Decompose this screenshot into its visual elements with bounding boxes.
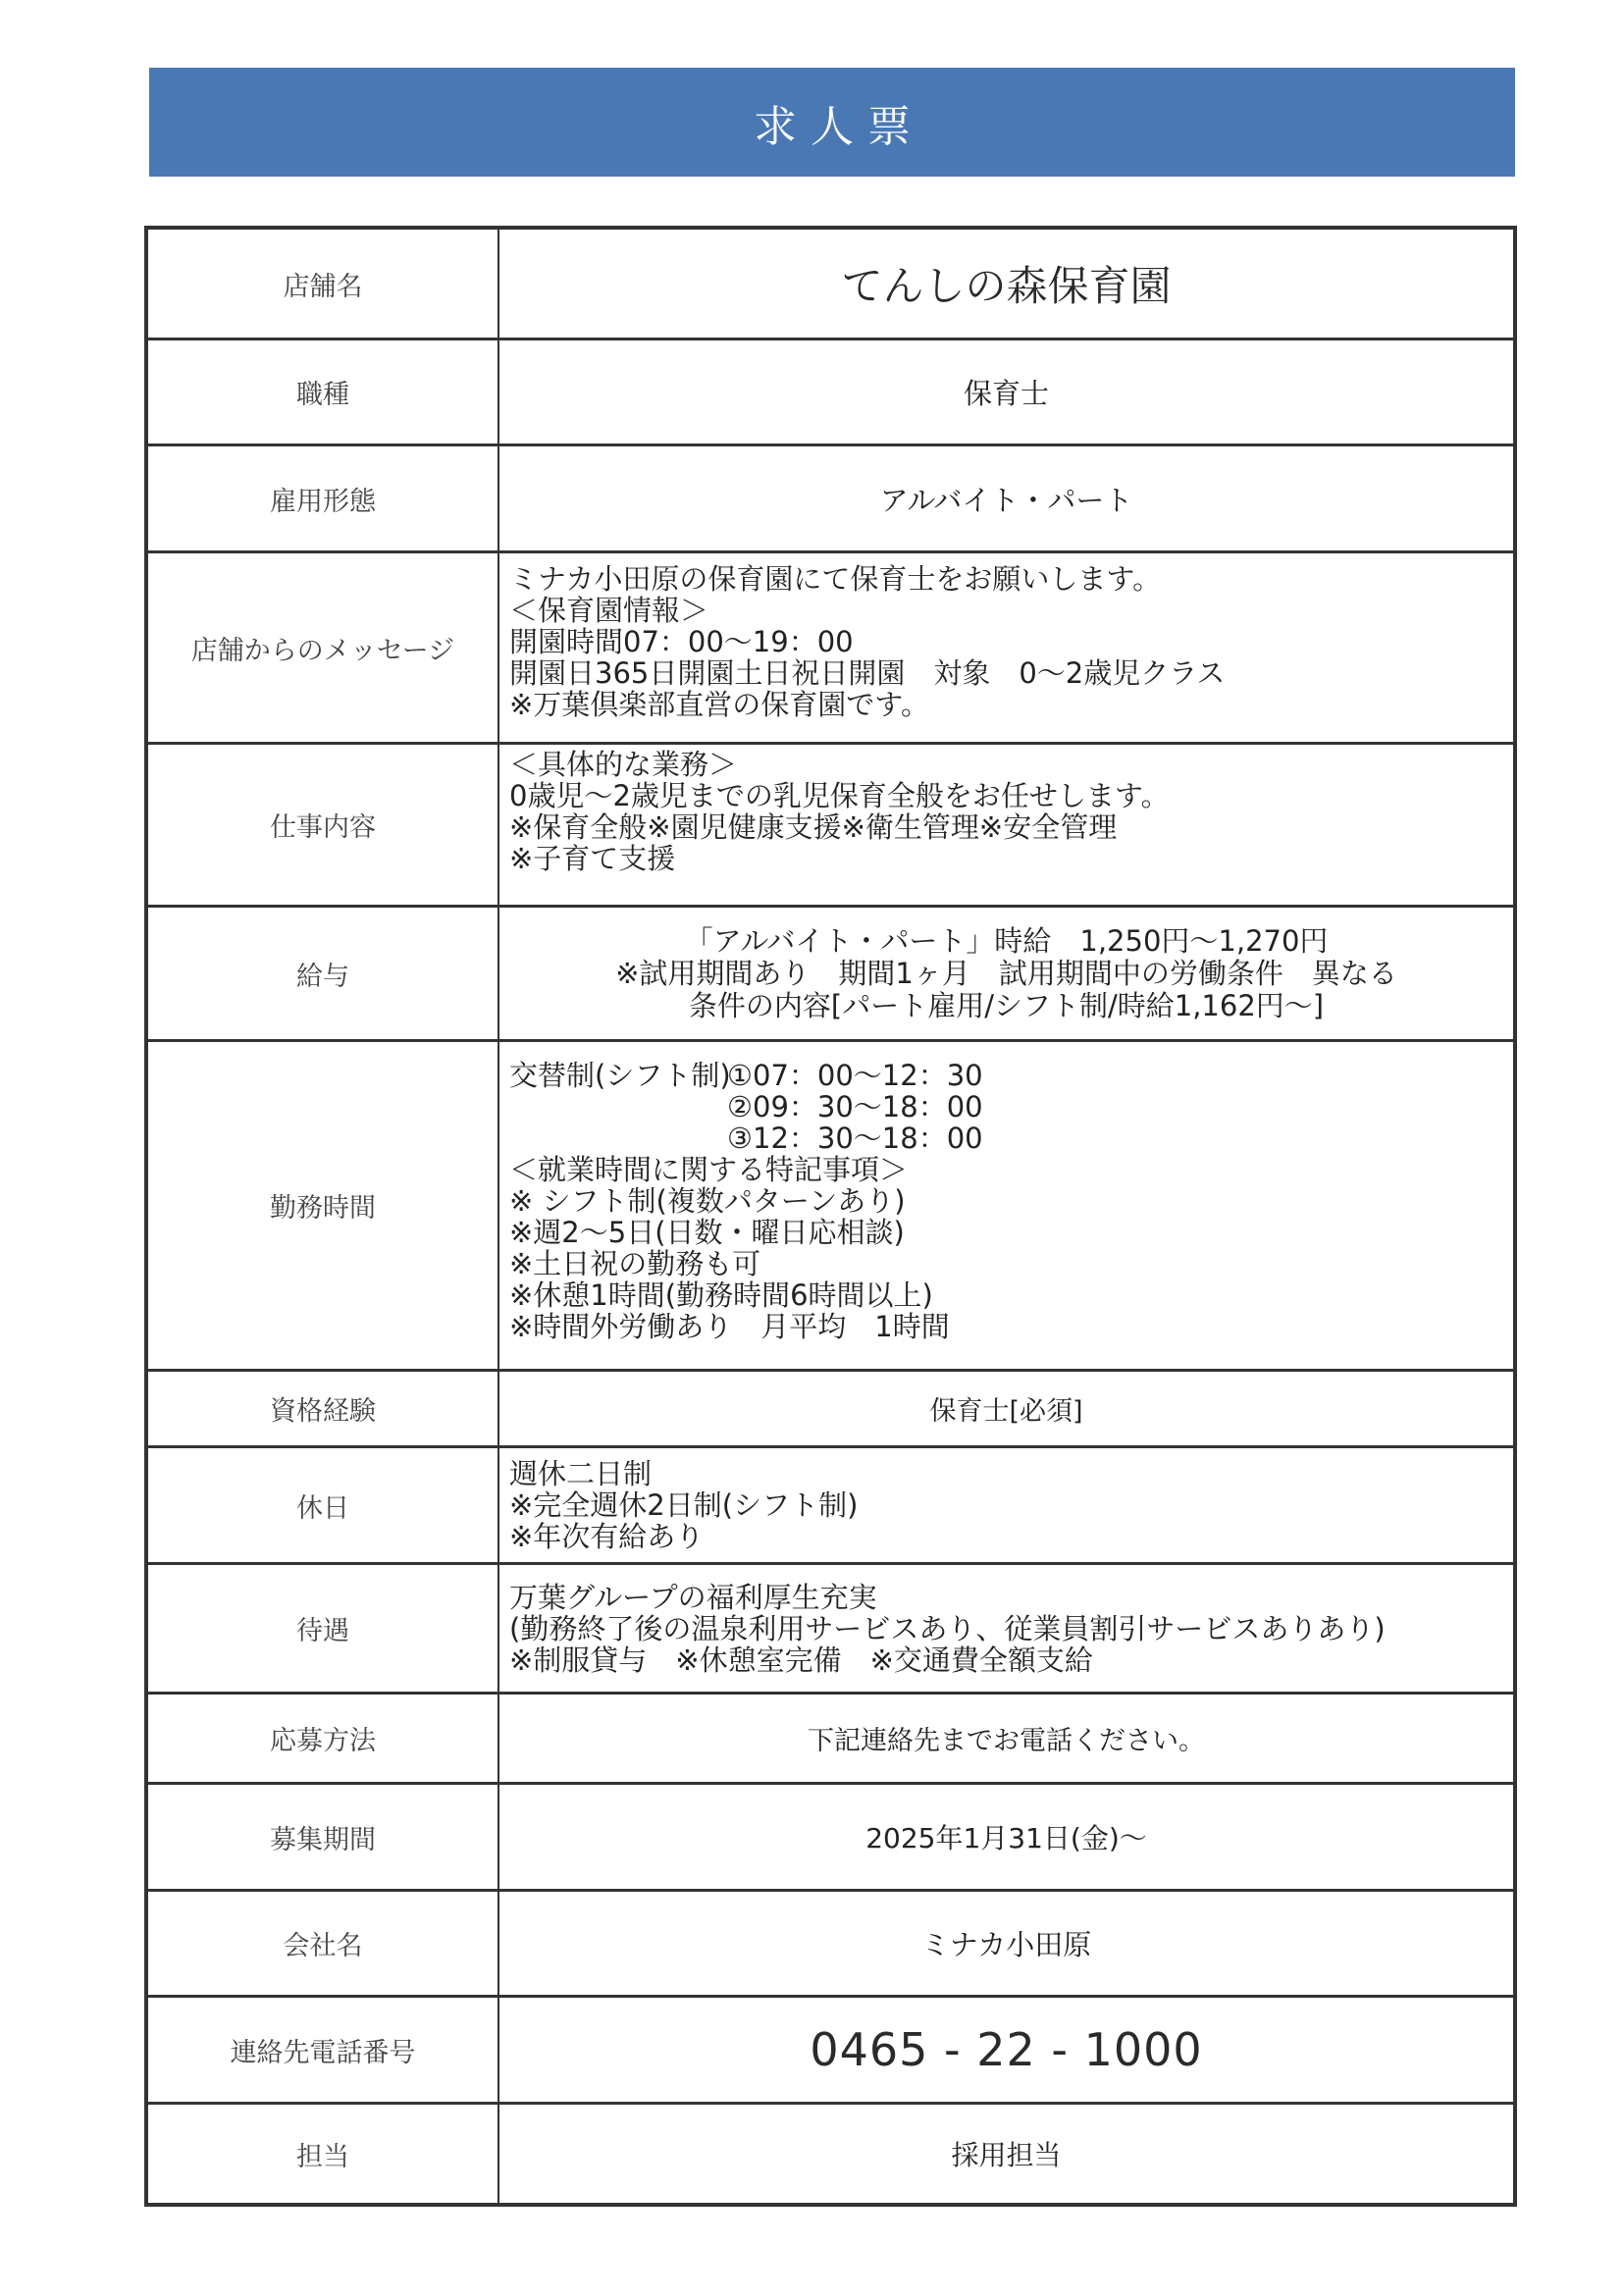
- employment-type-value: アルバイト・パート: [499, 446, 1513, 550]
- row-label: 募集期間: [148, 1785, 499, 1889]
- salary-line: ※試用期間あり 期間1ヶ月 試用期間中の労働条件 異なる: [615, 958, 1397, 990]
- work-hours-note: ※ シフト制(複数パターンあり): [509, 1185, 983, 1217]
- work-hours-note: ※休憩1時間(勤務時間6時間以上): [509, 1279, 983, 1311]
- contact-person-value: 採用担当: [499, 2105, 1513, 2203]
- work-hours-note: ※時間外労働あり 月平均 1時間: [509, 1311, 983, 1342]
- holidays-value: 週休二日制 ※完全週休2日制(シフト制) ※年次有給あり: [499, 1448, 1513, 1562]
- page-title: 求人票: [740, 91, 924, 154]
- row-value: てんしの森保育園: [499, 230, 1513, 338]
- shift-row: 交替制(シフト制) ①07：00～12：30: [509, 1060, 983, 1091]
- job-content-line: ※保育全般※園児健康支援※衛生管理※安全管理: [509, 811, 1170, 843]
- row-label: 休日: [148, 1448, 499, 1562]
- salary-line: 「アルバイト・パート」時給 1,250円～1,270円: [685, 925, 1329, 958]
- shift-row: ③12：30～18：00: [509, 1122, 983, 1154]
- row-label: 応募方法: [148, 1695, 499, 1782]
- phone-value-cell: 0465 - 22 - 1000: [499, 1998, 1513, 2102]
- job-content-line: ＜具体的な業務＞: [509, 749, 1170, 780]
- row-company-name: 会社名 ミナカ小田原: [148, 1889, 1513, 1995]
- message-line: ミナカ小田原の保育園にて保育士をお願いします。: [509, 563, 1225, 595]
- row-qualification: 資格経験 保育士[必須]: [148, 1369, 1513, 1445]
- row-job-content: 仕事内容 ＜具体的な業務＞ 0歳児～2歳児までの乳児保育全般をお任せします。 ※…: [148, 742, 1513, 905]
- row-label: 店舗名: [148, 230, 499, 338]
- shift-row: ②09：30～18：00: [509, 1091, 983, 1122]
- salary-line: 条件の内容[パート雇用/シフト制/時給1,162円～]: [689, 990, 1324, 1022]
- shift-time: ①07：00～12：30: [727, 1060, 983, 1091]
- message-line: 開園日365日開園土日祝日開園 対象 0～2歳児クラス: [509, 657, 1225, 689]
- message-line: 開園時間07：00～19：00: [509, 626, 1225, 657]
- application-method-value: 下記連絡先までお電話ください。: [499, 1695, 1513, 1782]
- work-hours-note: ※土日祝の勤務も可: [509, 1248, 983, 1279]
- row-label: 勤務時間: [148, 1042, 499, 1369]
- row-label: 会社名: [148, 1892, 499, 1995]
- row-salary: 給与 「アルバイト・パート」時給 1,250円～1,270円 ※試用期間あり 期…: [148, 905, 1513, 1039]
- work-hours-note: ＜就業時間に関する特記事項＞: [509, 1154, 983, 1185]
- store-name-value: てんしの森保育園: [841, 254, 1171, 313]
- row-recruitment-period: 募集期間 2025年1月31日(金)～: [148, 1782, 1513, 1889]
- shift-label: 交替制(シフト制): [509, 1060, 727, 1091]
- row-label: 店舗からのメッセージ: [148, 553, 499, 742]
- company-name-value: ミナカ小田原: [499, 1892, 1513, 1995]
- row-benefits: 待遇 万葉グループの福利厚生充実 (勤務終了後の温泉利用サービスあり、従業員割引…: [148, 1562, 1513, 1692]
- row-label: 待遇: [148, 1565, 499, 1692]
- job-content-line: 0歳児～2歳児までの乳児保育全般をお任せします。: [509, 780, 1170, 811]
- qualification-value: 保育士[必須]: [499, 1372, 1513, 1445]
- message-line: ＜保育園情報＞: [509, 595, 1225, 626]
- recruitment-period-value: 2025年1月31日(金)～: [499, 1785, 1513, 1889]
- work-hours-note: ※週2～5日(日数・曜日応相談): [509, 1217, 983, 1248]
- salary-value: 「アルバイト・パート」時給 1,250円～1,270円 ※試用期間あり 期間1ヶ…: [499, 908, 1513, 1039]
- message-line: ※万葉倶楽部直営の保育園です。: [509, 689, 1225, 720]
- title-banner: 求人票: [149, 68, 1515, 177]
- benefits-value: 万葉グループの福利厚生充実 (勤務終了後の温泉利用サービスあり、従業員割引サービ…: [499, 1565, 1513, 1692]
- benefits-line: ※制服貸与 ※休憩室完備 ※交通費全額支給: [509, 1644, 1386, 1676]
- row-label: 担当: [148, 2105, 499, 2203]
- row-holidays: 休日 週休二日制 ※完全週休2日制(シフト制) ※年次有給あり: [148, 1445, 1513, 1562]
- row-job-type: 職種 保育士: [148, 338, 1513, 444]
- job-type-value: 保育士: [499, 340, 1513, 444]
- row-label: 連絡先電話番号: [148, 1998, 499, 2102]
- message-value: ミナカ小田原の保育園にて保育士をお願いします。 ＜保育園情報＞ 開園時間07：0…: [499, 553, 1513, 742]
- job-posting-table: 店舗名 てんしの森保育園 職種 保育士 雇用形態 アルバイト・パート 店舗からの…: [144, 226, 1517, 2207]
- holidays-line: ※完全週休2日制(シフト制): [509, 1489, 858, 1521]
- job-content-line: ※子育て支援: [509, 843, 1170, 874]
- row-contact-person: 担当 採用担当: [148, 2102, 1513, 2203]
- shift-time: ③12：30～18：00: [727, 1122, 983, 1154]
- row-label: 雇用形態: [148, 446, 499, 550]
- row-employment-type: 雇用形態 アルバイト・パート: [148, 444, 1513, 550]
- row-application-method: 応募方法 下記連絡先までお電話ください。: [148, 1692, 1513, 1782]
- row-phone: 連絡先電話番号 0465 - 22 - 1000: [148, 1995, 1513, 2102]
- row-label: 給与: [148, 908, 499, 1039]
- shift-time: ②09：30～18：00: [727, 1091, 983, 1122]
- phone-number: 0465 - 22 - 1000: [810, 2023, 1202, 2076]
- benefits-line: 万葉グループの福利厚生充実: [509, 1582, 1386, 1613]
- row-label: 資格経験: [148, 1372, 499, 1445]
- row-label: 職種: [148, 340, 499, 444]
- work-hours-value: 交替制(シフト制) ①07：00～12：30 ②09：30～18：00 ③12：…: [499, 1042, 1513, 1369]
- row-label: 仕事内容: [148, 745, 499, 905]
- row-message: 店舗からのメッセージ ミナカ小田原の保育園にて保育士をお願いします。 ＜保育園情…: [148, 550, 1513, 742]
- row-store-name: 店舗名 てんしの森保育園: [148, 230, 1513, 338]
- holidays-line: ※年次有給あり: [509, 1521, 858, 1552]
- job-content-value: ＜具体的な業務＞ 0歳児～2歳児までの乳児保育全般をお任せします。 ※保育全般※…: [499, 745, 1513, 905]
- benefits-line: (勤務終了後の温泉利用サービスあり、従業員割引サービスありあり): [509, 1613, 1386, 1644]
- row-work-hours: 勤務時間 交替制(シフト制) ①07：00～12：30 ②09：30～18：00…: [148, 1039, 1513, 1369]
- holidays-line: 週休二日制: [509, 1458, 858, 1489]
